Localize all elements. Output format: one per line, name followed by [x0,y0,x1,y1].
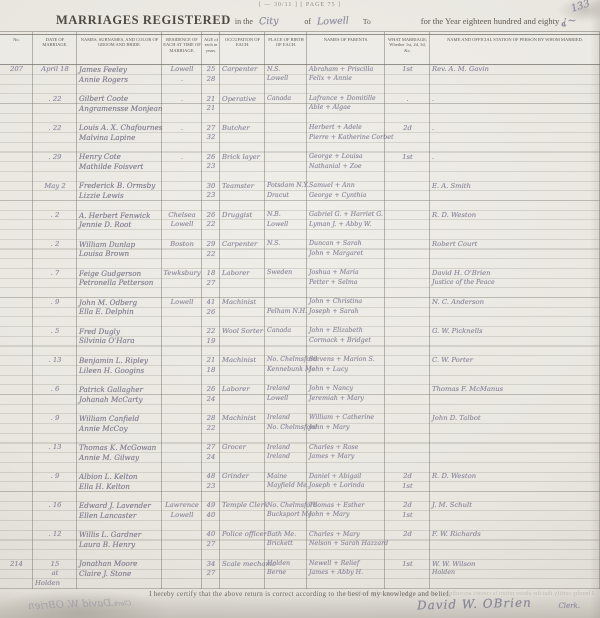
bride-name: Lileen H. Googins [77,365,162,375]
bride-parents: John + Margaret [307,249,385,259]
what-marriage-groom [385,268,430,278]
groom-birthplace: N.S. [265,239,307,249]
record-number [0,356,33,366]
groom-age: 48 [202,472,220,482]
what-marriage-bride [385,191,430,201]
bride-age: 23 [202,162,220,172]
occupation: Police officer [220,530,265,540]
groom-residence: . [162,152,202,162]
table-body: 207 April 18 James Feeley Annie Rogers L… [0,65,600,589]
title-main: MARRIAGES REGISTERED [56,13,231,28]
bride-name: Petronella Petterson [77,278,162,288]
bride-name: Annie McCoy [77,423,162,433]
record-date-line3 [33,230,77,240]
bride-parents: Cormack + Bridget [307,336,385,346]
record-date-line3 [33,317,77,327]
groom-birthplace: No. Chelmsford [265,356,307,366]
occupation: Carpenter [220,65,265,75]
what-marriage-groom: 2d [385,530,430,540]
what-marriage-groom [385,181,430,191]
groom-residence [162,414,202,424]
groom-age: 49 [202,501,220,511]
officiant-station [430,162,600,172]
groom-residence: Chelsea [162,210,202,220]
bride-parents: George + Cynthia [307,191,385,201]
groom-age: 18 [202,268,220,278]
bride-birthplace: No. Chelmsford [265,423,307,433]
groom-residence: Tewksbury [162,268,202,278]
what-marriage-groom: 1st [385,559,430,569]
record-date-line2 [33,75,77,85]
table-row: . 29 Henry Cote Mathilde Foisvert . 26 2… [0,152,600,181]
bride-name: Ella E. Delphin [77,307,162,317]
bride-residence [162,104,202,114]
what-marriage-bride [385,453,430,463]
groom-name: James Feeley [77,65,162,75]
table-row: May 2 Frederick B. Ormsby Lizzie Lewis 3… [0,181,600,210]
what-marriage-groom: . [385,94,430,104]
groom-age: 30 [202,181,220,191]
bride-age: 23 [202,191,220,201]
record-number [0,298,33,308]
groom-birthplace: Sweden [265,268,307,278]
what-marriage-bride [385,540,430,550]
bride-age: 21 [202,104,220,114]
record-date-line3 [33,84,77,94]
bride-birthplace: Lowell [265,394,307,404]
title-of: of [304,17,311,26]
officiant-station [430,540,600,550]
officiant-name: R. D. Weston [430,210,600,220]
officiant-station [430,336,600,346]
groom-name: John M. Odberg [77,298,162,308]
what-marriage-bride [385,133,430,143]
groom-age: 29 [202,239,220,249]
officiant-name [430,443,600,453]
groom-birthplace [265,123,307,133]
groom-residence [162,472,202,482]
groom-parents: Abraham + Priscilla [307,65,385,75]
bride-parents: Nathanial + Zoe [307,162,385,172]
bride-parents: Lyman J. + Abby W. [307,220,385,230]
bride-name: Louisa Brown [77,249,162,259]
bride-age: 24 [202,394,220,404]
bride-residence [162,482,202,492]
record-number [0,94,33,104]
bride-age: 23 [202,482,220,492]
record-number [0,385,33,395]
what-marriage-bride [385,104,430,114]
bride-parents: Petter + Selma [307,278,385,288]
bride-birthplace [265,133,307,143]
bride-residence [162,453,202,463]
what-marriage-groom [385,443,430,453]
record-date-line2 [33,220,77,230]
what-marriage-groom [385,327,430,337]
what-marriage-bride [385,423,430,433]
bride-residence [162,278,202,288]
bride-residence [162,423,202,433]
officiant-name: . [430,94,600,104]
groom-age: 27 [202,443,220,453]
what-marriage-bride: 1st [385,511,430,521]
officiant-station [430,365,600,375]
record-date-line2 [33,104,77,114]
groom-name: Louis A. X. Chafournes [77,123,162,133]
record-number [0,210,33,220]
bride-age: 24 [202,453,220,463]
what-marriage-bride [385,307,430,317]
officiant-name: R. D. Weston [430,472,600,482]
what-marriage-bride [385,365,430,375]
bride-age: 28 [202,75,220,85]
clerk-signature: David W. OBrien [417,595,532,612]
officiant-station [430,133,600,143]
table-row: 207 April 18 James Feeley Annie Rogers L… [0,65,600,94]
groom-birthplace: Bath Me. [265,530,307,540]
record-date-line2: at [33,569,77,579]
groom-birthplace: Ireland [265,414,307,424]
what-marriage-groom [385,210,430,220]
bride-birthplace: Berne [265,569,307,579]
officiant-station [430,104,600,114]
record-date-line3 [33,462,77,472]
bride-age: 27 [202,540,220,550]
officiant-name: W. W. Wilson [430,559,600,569]
groom-parents: Newell + Relief [307,559,385,569]
handwritten-town-name: Lowell [317,15,349,27]
page-title: MARRIAGES REGISTEREDin theCityofLowellTo… [56,11,600,29]
groom-age: 41 [202,298,220,308]
groom-birthplace: Potsdam N.Y. [265,181,307,191]
officiant-station [430,75,600,85]
groom-age: 34 [202,559,220,569]
handwritten-year-flourish: ⸘∼ [561,14,576,27]
bride-parents: James + Mary [307,453,385,463]
record-date: . 6 [33,385,77,395]
record-date-line3 [33,346,77,356]
what-marriage-groom [385,385,430,395]
record-date-line2 [33,249,77,259]
groom-age: 25 [202,65,220,75]
officiant-name: . [430,123,600,133]
record-date: . 2 [33,239,77,249]
groom-age: 21 [202,356,220,366]
record-date-line2 [33,394,77,404]
groom-residence: . [162,94,202,104]
table-row: . 7 Feige Gudgerson Petronella Petterson… [0,268,600,297]
bride-parents: Joseph + Lorinda [307,482,385,492]
officiant-name: F. W. Richards [430,530,600,540]
bride-birthplace: Pelham N.H. [265,307,307,317]
groom-residence [162,559,202,569]
what-marriage-groom: 1st [385,152,430,162]
groom-parents: Daniel + Abigail [307,472,385,482]
officiant-station [430,394,600,404]
bride-birthplace [265,336,307,346]
groom-name: Edward J. Lavender [77,501,162,511]
occupation: Carpenter [220,239,265,249]
groom-birthplace: Holden [265,559,307,569]
what-marriage-groom: 1st [385,65,430,75]
bride-birthplace: Kennebunk Me. [265,365,307,375]
table-row: . 12 Willis L. Gardner Laura B. Henry 40… [0,530,600,559]
groom-parents: Thomas + Esther [307,501,385,511]
occupation: Machinist [220,298,265,308]
groom-parents: Duncan + Sarah [307,239,385,249]
occupation: Machinist [220,356,265,366]
groom-residence: Boston [162,239,202,249]
table-header-row: No. DATE OF MARRIAGE. NAMES, SURNAMES, A… [0,34,600,65]
record-number [0,443,33,453]
what-marriage-groom: 2d [385,123,430,133]
record-date-line2 [33,365,77,375]
groom-residence: . [162,123,202,133]
officiant-name: N. C. Anderson [430,298,600,308]
officiant-name: C. W. Porter [430,356,600,366]
groom-age: 26 [202,152,220,162]
groom-name: Patrick Gallagher [77,385,162,395]
record-date-line3 [33,172,77,182]
clerk-signature-title: Clerk. [558,602,580,610]
bride-parents: John + Lucy [307,365,385,375]
bride-parents: Able + Algae [307,104,385,114]
bride-residence [162,365,202,375]
bride-birthplace [265,249,307,259]
officiant-name: Thomas F. McManus [430,385,600,395]
record-date-line2 [33,162,77,172]
groom-residence [162,530,202,540]
what-marriage-groom [385,356,430,366]
officiant-station [430,249,600,259]
table-row: . 9 Albion L. Kelton Ella H. Kelton 48 2… [0,472,600,501]
bride-name: Malvina Lapine [77,133,162,143]
bride-parents: Felix + Annie [307,75,385,85]
bride-age: 22 [202,423,220,433]
bride-age: 22 [202,249,220,259]
bride-name: Johanah McCarty [77,394,162,404]
record-date-line2 [33,278,77,288]
bride-birthplace: Ireland [265,453,307,463]
bride-name: Claire J. Stone [77,569,162,579]
bride-parents: Jeremiah + Mary [307,394,385,404]
bride-residence: Lowell [162,511,202,521]
record-date: . 13 [33,443,77,453]
bride-age: 26 [202,307,220,317]
bride-birthplace: Mayfield Me. [265,482,307,492]
record-date: . 9 [33,472,77,482]
record-date-line3 [33,404,77,414]
officiant-station [430,423,600,433]
bride-age: 18 [202,365,220,375]
record-date-line3 [33,375,77,385]
occupation: Laborer [220,268,265,278]
column-header-what-marriage: WHAT MARRIAGE; Whether 1st, 2d, 3d, &c. [385,35,430,64]
table-row: 214 15 at Holden Jonathan Moore Claire J… [0,559,600,588]
record-date: . 9 [33,298,77,308]
groom-parents: Stevens + Marion S. [307,356,385,366]
groom-name: Henry Cote [77,152,162,162]
officiant-name: . [430,152,600,162]
signature-bleedthrough-title: Clerk. [111,599,131,608]
table-row: . 22 Louis A. X. Chafournes Malvina Lapi… [0,123,600,152]
bride-parents: James + Abby H. [307,569,385,579]
bride-residence [162,569,202,579]
groom-parents: Gabriel G. + Harriet G. [307,210,385,220]
occupation: Grinder [220,472,265,482]
groom-birthplace: Canada [265,94,307,104]
record-date: . 7 [33,268,77,278]
record-number [0,152,33,162]
bride-residence: Lowell [162,220,202,230]
what-marriage-bride [385,75,430,85]
bride-age: 19 [202,336,220,346]
bride-age: 27 [202,569,220,579]
record-date: . 12 [33,530,77,540]
what-marriage-groom: 2d [385,472,430,482]
officiant-name: E. A. Smith [430,181,600,191]
occupation: Operative [220,94,265,104]
what-marriage-groom [385,298,430,308]
occupation: Wool Sorter [220,327,265,337]
record-date-line3 [33,259,77,269]
what-marriage-bride [385,249,430,259]
occupation: Grocer [220,443,265,453]
table-row: . 22 Gilbert Coote Angramensse Monjean .… [0,94,600,123]
record-date-line2 [33,540,77,550]
groom-parents: Charles + Rose [307,443,385,453]
bride-residence [162,540,202,550]
bride-name: Annie M. Gilway [77,453,162,463]
officiant-station [430,511,600,521]
title-year: for the Year eighteen hundred and eighty [421,16,560,26]
groom-name: Feige Gudgerson [77,268,162,278]
record-number [0,472,33,482]
groom-residence: Lowell [162,65,202,75]
occupation: Brick layer [220,152,265,162]
record-number [0,501,33,511]
officiant-station [430,482,600,492]
bride-name: Ellen Lancaster [77,511,162,521]
record-number [0,327,33,337]
groom-birthplace [265,298,307,308]
groom-age: 26 [202,210,220,220]
column-header-parents: NAMES OF PARENTS. [307,35,385,64]
what-marriage-bride [385,220,430,230]
officiant-name: John D. Talbot [430,414,600,424]
record-date-line3 [33,491,77,501]
what-marriage-groom [385,239,430,249]
groom-residence [162,356,202,366]
table-row: . 9 William Canfield Annie McCoy 28 22 M… [0,414,600,443]
bride-name: Ella H. Kelton [77,482,162,492]
bride-name: Laura B. Henry [77,540,162,550]
what-marriage-groom: 2d [385,501,430,511]
occupation: Scale mechanic [220,559,265,569]
bride-birthplace: Brickett [265,540,307,550]
officiant-name: G. W. Picknells [430,327,600,337]
signature-bleedthrough: Clerk.David W. OBrien [28,597,138,612]
groom-parents: William + Catherine [307,414,385,424]
column-header-residence: RESIDENCE OF EACH AT TIME OF MARRIAGE. [162,35,202,64]
groom-birthplace: N.B. [265,210,307,220]
groom-birthplace: Ireland [265,443,307,453]
officiant-name: J. M. Schult [430,501,600,511]
page-stamp: [ — 30/11 ] [ PAGE 75 ] [0,2,600,8]
record-date: May 2 [33,181,77,191]
what-marriage-bride: 1st [385,482,430,492]
table-row: . 6 Patrick Gallagher Johanah McCarty 26… [0,385,600,414]
occupation: Laborer [220,385,265,395]
column-header-birthplace: PLACE OF BIRTH OF EACH. [265,35,307,64]
groom-name: Jonathan Moore [77,559,162,569]
column-header-officiant: NAME AND OFFICIAL STATION OF PERSON BY W… [430,35,600,64]
column-header-number: No. [0,35,33,64]
groom-name: A. Herbert Fenwick [77,210,162,220]
groom-parents: Lafrance + Domitille [307,94,385,104]
what-marriage-bride [385,162,430,172]
record-date-line3 [33,549,77,559]
table-row: . 16 Edward J. Lavender Ellen Lancaster … [0,501,600,530]
record-number: 207 [0,65,33,75]
officiant-station [430,191,600,201]
record-number [0,123,33,133]
groom-age: 40 [202,530,220,540]
groom-name: William Canfield [77,414,162,424]
bride-residence [162,336,202,346]
bride-birthplace: Bucksport Me. [265,511,307,521]
bride-birthplace: Lowell [265,220,307,230]
bride-birthplace [265,162,307,172]
record-date-line3 [33,288,77,298]
occupation: Temple Clerk [220,501,265,511]
bride-name: Silvinia O'Hara [77,336,162,346]
officiant-name: Rev. A. M. Gavin [430,65,600,75]
officiant-name: David H. O'Brien [430,268,600,278]
marriage-register-table: No. DATE OF MARRIAGE. NAMES, SURNAMES, A… [0,31,600,589]
occupation: Machinist [220,414,265,424]
bride-name: Annie Rogers [77,75,162,85]
groom-residence: Lowell [162,298,202,308]
bride-parents: Pierre + Katherine Corbet [307,133,385,143]
officiant-station: Justice of the Peace [430,278,600,288]
record-date: . 29 [33,152,77,162]
groom-age: 21 [202,94,220,104]
record-date-line2 [33,423,77,433]
groom-residence [162,385,202,395]
record-date-line3: Holden [33,578,77,588]
table-row: . 2 William Dunlap Louisa Brown Boston 2… [0,239,600,268]
officiant-station [430,453,600,463]
groom-residence [162,327,202,337]
signature-bleedthrough-name: David W. OBrien [28,598,112,612]
record-date: . 9 [33,414,77,424]
groom-name: William Dunlap [77,239,162,249]
what-marriage-bride [385,394,430,404]
title-to: To [363,17,371,26]
bride-name: Jennie D. Root [77,220,162,230]
record-date: . 22 [33,94,77,104]
groom-parents: Joshua + Maria [307,268,385,278]
record-date: . 5 [33,327,77,337]
record-date: . 16 [33,501,77,511]
handwritten-city-type: City [259,16,279,28]
groom-parents: John + Elizabeth [307,327,385,337]
bride-birthplace: Lowell [265,75,307,85]
record-date-line3 [33,143,77,153]
groom-birthplace: N.S. [265,65,307,75]
record-date: April 18 [33,65,77,75]
